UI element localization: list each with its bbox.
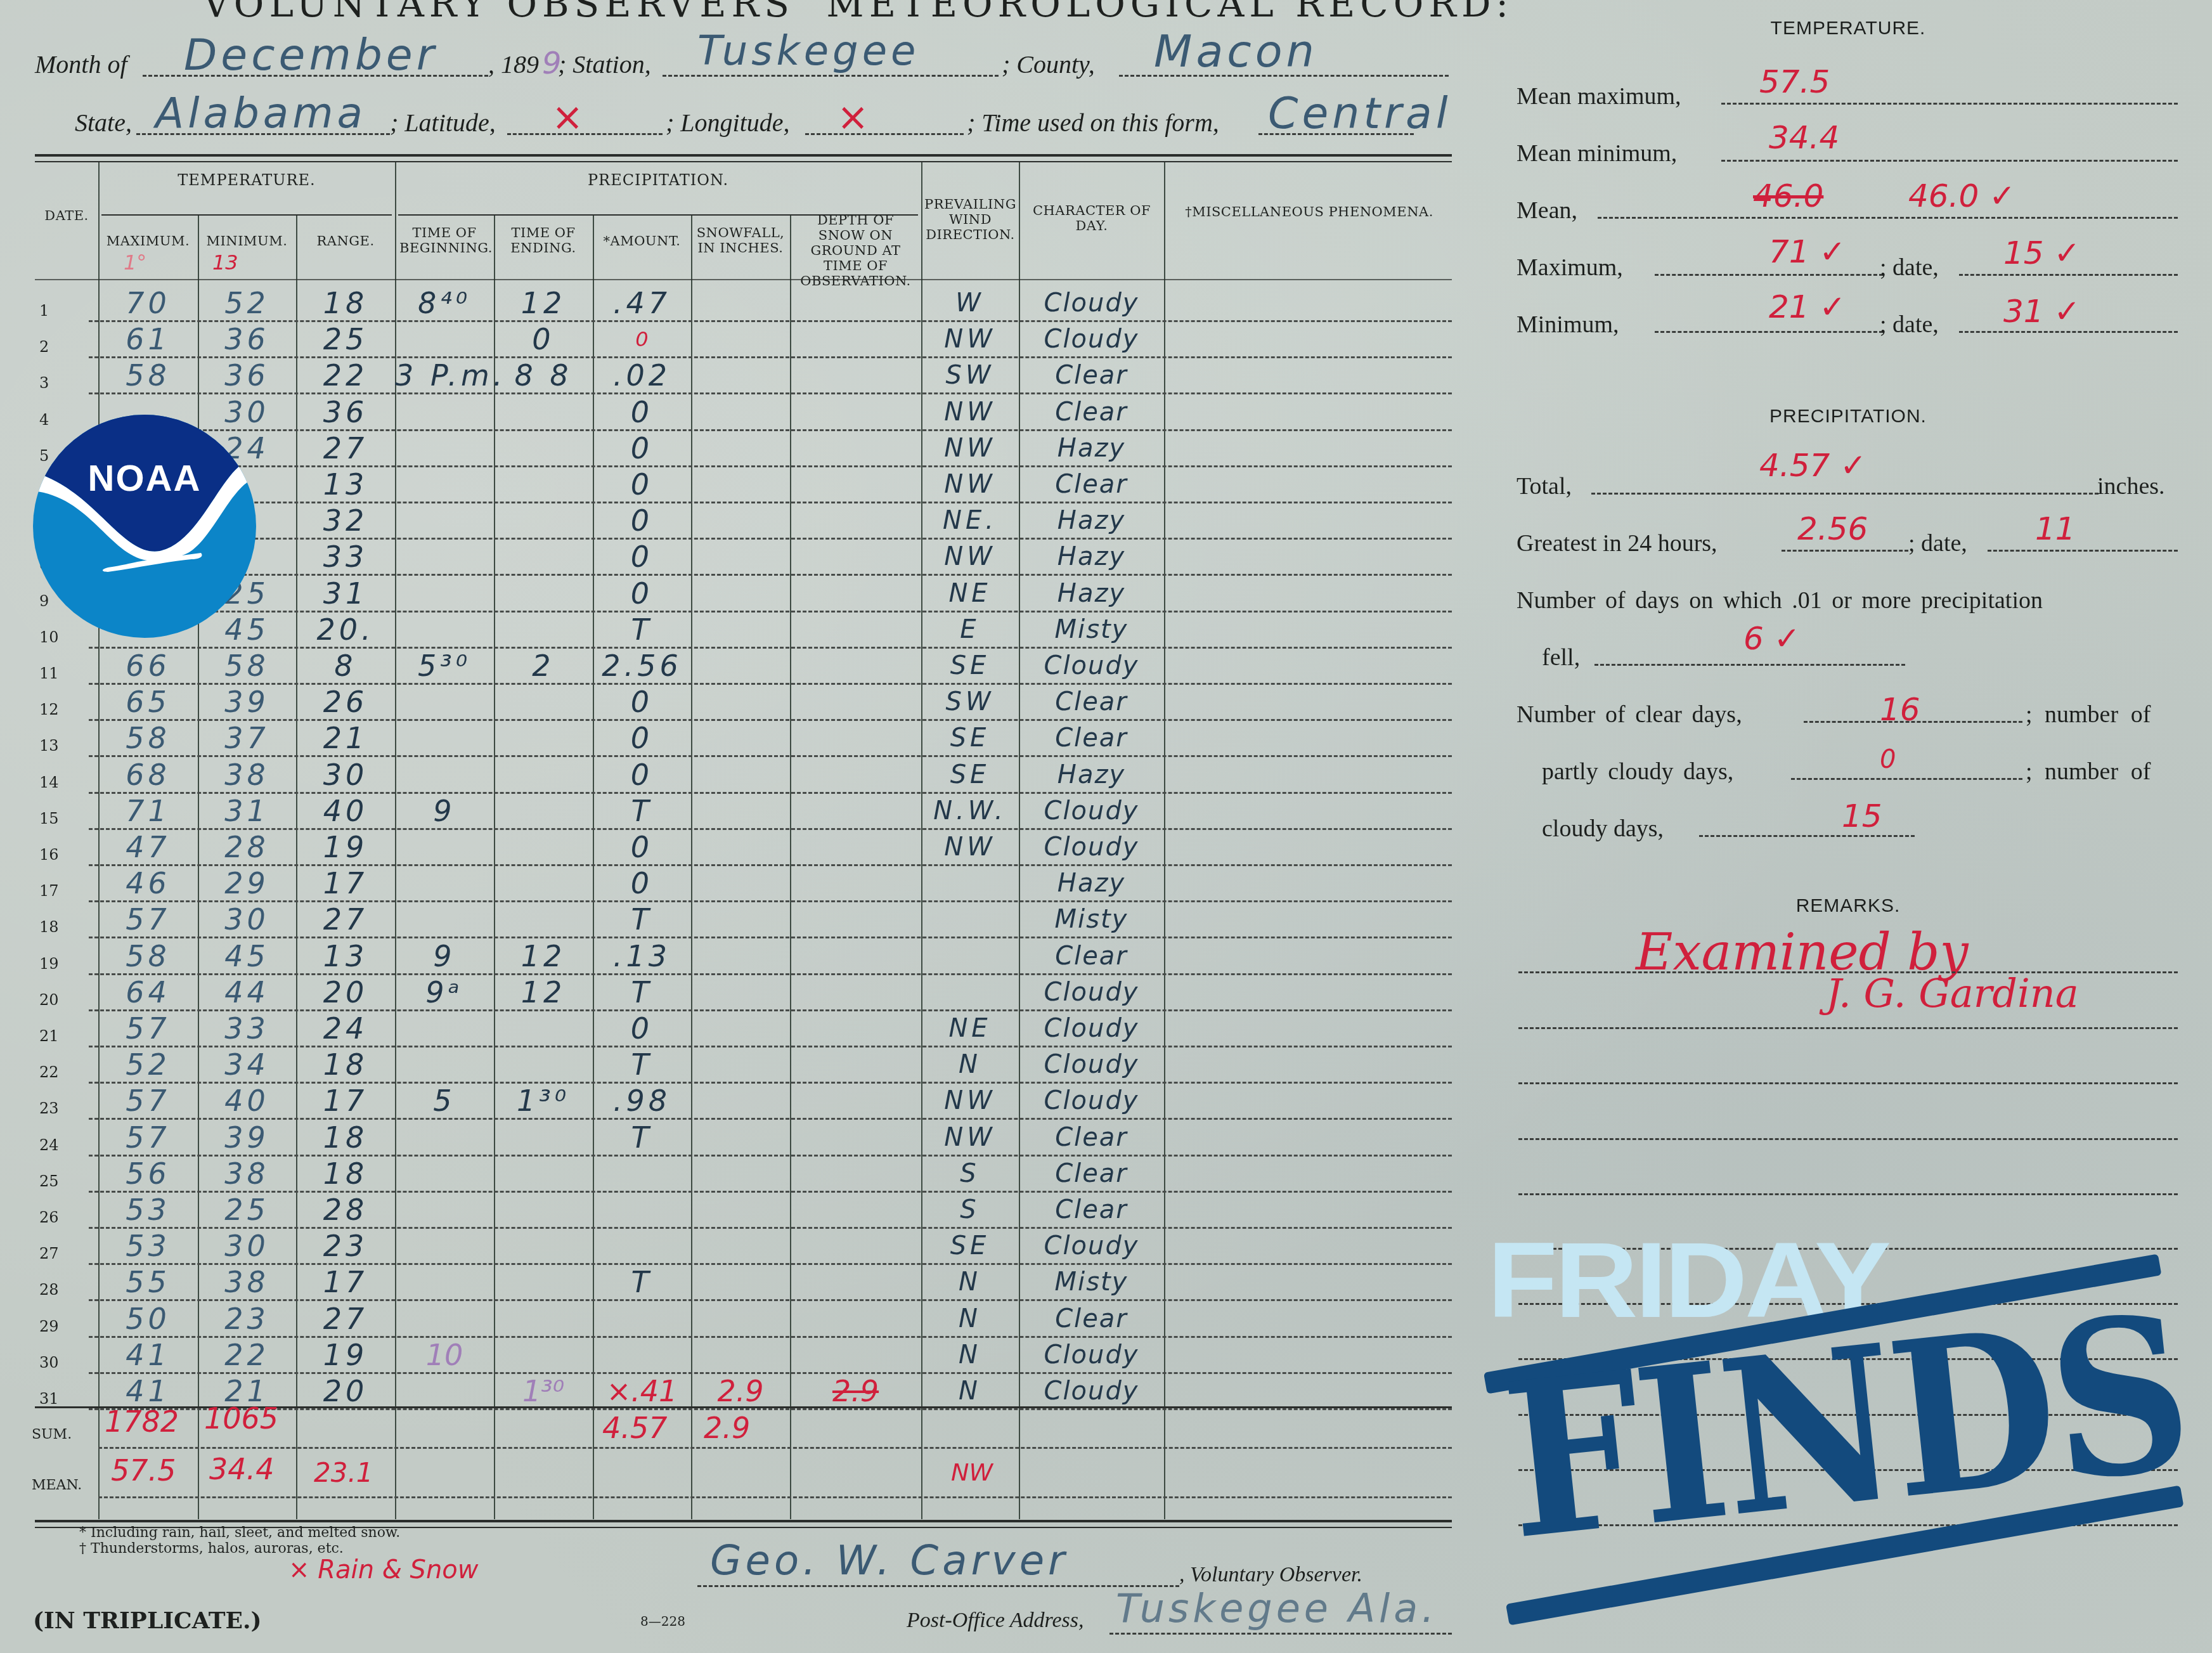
col-maximum: Maximum.: [98, 233, 198, 249]
cell-min: 29: [198, 865, 296, 902]
cell-snowfall: [691, 1120, 790, 1156]
cell-character: Cloudy: [1019, 1228, 1164, 1264]
state-value: Alabama: [155, 89, 366, 138]
month-label: Month of: [35, 49, 127, 79]
precip-days-fell-label: fell,: [1542, 644, 1580, 671]
cell-end: [494, 1011, 593, 1047]
table-row: 157131409TN.W.Cloudy: [0, 793, 1458, 829]
cell-range: 20: [296, 975, 395, 1011]
time-used-label: ; Time used on this form,: [967, 108, 1219, 138]
cell-snowfall: [691, 829, 790, 865]
cell-begin: [395, 1301, 494, 1337]
cell-min: 58: [198, 648, 296, 684]
cell-depth: [790, 757, 921, 793]
col-range: Range.: [296, 233, 395, 249]
cell-wind: N.W.: [921, 793, 1019, 829]
cell-snowfall: [691, 321, 790, 358]
cell-depth: [790, 1192, 921, 1228]
cell-begin: [395, 902, 494, 938]
cell-amount: T: [593, 793, 691, 829]
cell-snowfall: [691, 1011, 790, 1047]
maximum-label: Maximum,: [1517, 254, 1623, 282]
row-date: 26: [39, 1209, 59, 1226]
cell-snowfall: [691, 1047, 790, 1083]
cell-begin: 5³⁰: [395, 648, 494, 684]
mean-min: 34.4: [209, 1452, 274, 1486]
cell-amount: [593, 1228, 691, 1264]
time-used-value: Central: [1268, 89, 1452, 139]
cell-wind: [921, 902, 1019, 938]
cell-depth: [790, 1301, 921, 1337]
cell-begin: [395, 431, 494, 467]
row-date: 21: [39, 1027, 59, 1045]
cell-begin: [395, 684, 494, 720]
cell-amount: ×.41: [593, 1373, 691, 1410]
cell-range: 27: [296, 431, 395, 467]
rain-snow-note: × Rain & Snow: [288, 1555, 479, 1585]
cell-snowfall: [691, 720, 790, 756]
table-row: 2357401751³⁰.98NWCloudy: [0, 1083, 1458, 1119]
minimum-date-value: 31 ✓: [2003, 293, 2080, 330]
cell-range: 20: [296, 1373, 395, 1410]
cell-range: 27: [296, 902, 395, 938]
cell-max: 53: [98, 1192, 198, 1228]
cell-snowfall: [691, 539, 790, 575]
cell-range: 18: [296, 1120, 395, 1156]
row-date: 11: [39, 664, 59, 682]
cell-depth: [790, 1228, 921, 1264]
cell-character: Clear: [1019, 467, 1164, 503]
row-date: 25: [39, 1172, 59, 1190]
cell-range: 8: [296, 648, 395, 684]
cell-character: Clear: [1019, 1156, 1164, 1192]
cell-min: 40: [198, 1083, 296, 1119]
cell-wind: S: [921, 1156, 1019, 1192]
cell-wind: NW: [921, 431, 1019, 467]
cell-depth: [790, 431, 921, 467]
table-row: 29502327NClear: [0, 1301, 1458, 1337]
cell-end: 0: [494, 321, 593, 358]
cell-min: 31: [198, 793, 296, 829]
cell-wind: NW: [921, 321, 1019, 358]
cell-amount: 0: [593, 467, 691, 503]
noaa-logo: NOAA: [33, 415, 256, 638]
cell-character: Hazy: [1019, 539, 1164, 575]
greatest-date-label: ; date,: [1908, 529, 1967, 557]
cell-amount: 0: [593, 321, 691, 358]
cell-snowfall: [691, 285, 790, 321]
cell-snowfall: [691, 938, 790, 975]
cell-max: 57: [98, 1083, 198, 1119]
cell-min: 38: [198, 1156, 296, 1192]
longitude-value: ×: [837, 95, 869, 139]
cell-begin: 9ᵃ: [395, 975, 494, 1011]
cell-depth: [790, 503, 921, 539]
table-row: 11665885³⁰22.56SECloudy: [0, 648, 1458, 684]
cell-depth: [790, 321, 921, 358]
table-row: 17052188⁴⁰12.47WCloudy: [0, 285, 1458, 321]
row-date: 15: [39, 810, 59, 827]
cell-snowfall: [691, 865, 790, 902]
cell-depth: 2.9: [790, 1373, 921, 1410]
cell-depth: [790, 1264, 921, 1300]
county-value: Macon: [1154, 25, 1318, 77]
max-header-note: 1°: [124, 250, 146, 275]
cell-min: 38: [198, 1264, 296, 1300]
clear-days-value: 16: [1880, 691, 1920, 728]
cell-wind: NW: [921, 1083, 1019, 1119]
cell-depth: [790, 1047, 921, 1083]
minimum-label: Minimum,: [1517, 311, 1619, 339]
cell-max: 47: [98, 829, 198, 865]
cell-max: 58: [98, 358, 198, 394]
cell-begin: [395, 1192, 494, 1228]
cell-character: Cloudy: [1019, 285, 1164, 321]
cell-min: 22: [198, 1337, 296, 1373]
mean-range: 23.1: [314, 1457, 373, 1488]
remarks-heading: REMARKS.: [1517, 895, 2180, 917]
cell-begin: [395, 829, 494, 865]
cell-begin: [395, 1373, 494, 1410]
cell-begin: [395, 394, 494, 431]
cell-end: [494, 902, 593, 938]
mean-max: 57.5: [111, 1453, 176, 1488]
cell-snowfall: [691, 467, 790, 503]
footnote-misc: † Thunderstorms, halos, auroras, etc.: [79, 1541, 344, 1557]
cell-character: Cloudy: [1019, 829, 1164, 865]
cell-end: [494, 1047, 593, 1083]
cell-wind: N: [921, 1337, 1019, 1373]
cell-snowfall: [691, 576, 790, 612]
cell-snowfall: 2.9: [691, 1373, 790, 1410]
cell-max: 71: [98, 793, 198, 829]
cell-wind: N: [921, 1373, 1019, 1410]
station-value: Tuskegee: [697, 28, 919, 75]
cell-end: [494, 1264, 593, 1300]
cell-end: [494, 1156, 593, 1192]
cell-wind: NE.: [921, 503, 1019, 539]
cell-amount: [593, 1192, 691, 1228]
mean-wind: NW: [951, 1458, 993, 1486]
cell-snowfall: [691, 503, 790, 539]
cell-character: Cloudy: [1019, 321, 1164, 358]
cell-depth: [790, 539, 921, 575]
row-date: 29: [39, 1318, 59, 1335]
cell-depth: [790, 467, 921, 503]
cell-character: Misty: [1019, 1264, 1164, 1300]
cell-end: 2: [494, 648, 593, 684]
cell-character: Clear: [1019, 394, 1164, 431]
cell-end: 1³⁰: [494, 1083, 593, 1119]
mean-min-label: Mean minimum,: [1517, 139, 1677, 167]
cell-end: 8 8: [494, 358, 593, 394]
cell-depth: [790, 793, 921, 829]
cell-begin: 9: [395, 938, 494, 975]
form-title: VOLUNTARY OBSERVERS' METEOROLOGICAL RECO…: [203, 0, 1513, 25]
minimum-value: 21 ✓: [1769, 288, 1846, 325]
cell-character: Cloudy: [1019, 648, 1164, 684]
footnote-amount: * Including rain, hail, sleet, and melte…: [79, 1525, 400, 1541]
col-time-beginning: Time of Beginning.: [399, 225, 489, 256]
maximum-date-value: 15 ✓: [2003, 235, 2080, 271]
summary-temperature-heading: TEMPERATURE.: [1517, 18, 2180, 39]
cell-character: Cloudy: [1019, 1047, 1164, 1083]
row-date: 18: [39, 918, 59, 936]
cell-snowfall: [691, 902, 790, 938]
cell-amount: 0: [593, 503, 691, 539]
cell-depth: [790, 285, 921, 321]
cell-range: 18: [296, 1156, 395, 1192]
cell-depth: [790, 975, 921, 1011]
remarks-line-2: J. G. Gardina: [1826, 970, 2079, 1016]
cell-wind: NW: [921, 1120, 1019, 1156]
cell-snowfall: [691, 648, 790, 684]
table-row: 261362500NWCloudy: [0, 321, 1458, 358]
cell-depth: [790, 358, 921, 394]
post-office-label: Post-Office Address,: [907, 1609, 1084, 1633]
cell-amount: 0: [593, 757, 691, 793]
mean-min-value: 34.4: [1769, 119, 1839, 156]
row-date: 17: [39, 882, 59, 900]
cell-amount: T: [593, 1264, 691, 1300]
table-row: 164728190NWCloudy: [0, 829, 1458, 865]
cell-depth: [790, 612, 921, 648]
row-date: 13: [39, 737, 59, 755]
cell-end: [494, 612, 593, 648]
cell-begin: 3 P.m.: [395, 358, 494, 394]
mean-struck-value: 46.0: [1753, 178, 1823, 214]
cell-min: 52: [198, 285, 296, 321]
cell-min: 45: [198, 938, 296, 975]
cell-range: 17: [296, 865, 395, 902]
cell-character: Cloudy: [1019, 975, 1164, 1011]
partly-cloudy-label: partly cloudy days,: [1542, 758, 1733, 786]
cell-max: 52: [98, 1047, 198, 1083]
cell-range: 25: [296, 321, 395, 358]
greatest-label: Greatest in 24 hours,: [1517, 529, 1717, 557]
cell-max: 58: [98, 720, 198, 756]
table-row: 135837210SEClear: [0, 720, 1458, 756]
row-date: 16: [39, 846, 59, 864]
cell-amount: T: [593, 1047, 691, 1083]
sum-label: Sum.: [32, 1427, 72, 1442]
table-row: 24573918TNWClear: [0, 1120, 1458, 1156]
county-label: ; County,: [1002, 49, 1095, 79]
cell-wind: SE: [921, 720, 1019, 756]
cell-wind: W: [921, 285, 1019, 321]
cell-depth: [790, 576, 921, 612]
cell-end: [494, 1301, 593, 1337]
cell-end: [494, 1337, 593, 1373]
cell-character: Misty: [1019, 902, 1164, 938]
cell-character: Clear: [1019, 684, 1164, 720]
cell-wind: SW: [921, 358, 1019, 394]
cell-depth: [790, 394, 921, 431]
cell-snowfall: [691, 1228, 790, 1264]
cell-wind: S: [921, 1192, 1019, 1228]
cell-range: 27: [296, 1301, 395, 1337]
greatest-value: 2.56: [1797, 510, 1868, 547]
finds-title: FINDS: [1496, 1286, 2196, 1569]
table-row: 174629170Hazy: [0, 865, 1458, 902]
table-row: 3041221910NCloudy: [0, 1337, 1458, 1373]
cell-character: Hazy: [1019, 865, 1164, 902]
cell-character: Hazy: [1019, 431, 1164, 467]
cell-end: 1³⁰: [494, 1373, 593, 1410]
partly-cloudy-value: 0: [1880, 745, 1896, 774]
cell-end: [494, 431, 593, 467]
cell-range: 20.: [296, 612, 395, 648]
cell-depth: [790, 1011, 921, 1047]
cell-begin: [395, 1264, 494, 1300]
cell-character: Cloudy: [1019, 793, 1164, 829]
number-of-label-2: ; number of: [2026, 758, 2151, 786]
cell-max: 70: [98, 285, 198, 321]
cell-begin: [395, 1120, 494, 1156]
cell-wind: E: [921, 612, 1019, 648]
noaa-bird-icon: NOAA: [33, 415, 256, 638]
table-row: 126539260SWClear: [0, 684, 1458, 720]
cell-min: 44: [198, 975, 296, 1011]
cell-end: [494, 1192, 593, 1228]
cell-wind: N: [921, 1047, 1019, 1083]
col-minimum: Minimum.: [198, 233, 296, 249]
cell-depth: [790, 1083, 921, 1119]
cell-amount: .47: [593, 285, 691, 321]
cell-min: 33: [198, 1011, 296, 1047]
cell-wind: NW: [921, 467, 1019, 503]
cell-min: 25: [198, 1192, 296, 1228]
post-office-value: Tuskegee Ala.: [1116, 1585, 1438, 1631]
cell-max: 64: [98, 975, 198, 1011]
total-value: 4.57 ✓: [1759, 447, 1866, 484]
cell-amount: 0: [593, 1011, 691, 1047]
cell-range: 17: [296, 1264, 395, 1300]
observer-signature: Geo. W. Carver: [710, 1538, 1068, 1585]
cell-begin: [395, 612, 494, 648]
cell-amount: T: [593, 902, 691, 938]
cell-character: Hazy: [1019, 503, 1164, 539]
cell-end: [494, 1120, 593, 1156]
row-date: 31: [39, 1390, 59, 1408]
cell-amount: T: [593, 1120, 691, 1156]
table-row: 18573027TMisty: [0, 902, 1458, 938]
cell-depth: [790, 1156, 921, 1192]
cell-snowfall: [691, 612, 790, 648]
cell-range: 33: [296, 539, 395, 575]
cell-end: [494, 720, 593, 756]
row-date: 20: [39, 991, 59, 1009]
sum-snowfall: 2.9: [704, 1411, 750, 1445]
mean-max-value: 57.5: [1759, 63, 1830, 100]
observer-label: , Voluntary Observer.: [1179, 1563, 1362, 1587]
row-date: 2: [39, 338, 49, 356]
cell-begin: [395, 1156, 494, 1192]
cell-snowfall: [691, 1264, 790, 1300]
cell-begin: 9: [395, 793, 494, 829]
cell-snowfall: [691, 1083, 790, 1119]
cell-amount: 0: [593, 684, 691, 720]
cell-snowfall: [691, 1301, 790, 1337]
cell-wind: [921, 938, 1019, 975]
cell-character: Cloudy: [1019, 1373, 1164, 1410]
cell-snowfall: [691, 1337, 790, 1373]
longitude-label: ; Longitude,: [666, 108, 790, 138]
col-time-ending: Time of Ending.: [498, 225, 588, 256]
cell-character: Cloudy: [1019, 1337, 1164, 1373]
cell-depth: [790, 1120, 921, 1156]
cell-character: Hazy: [1019, 576, 1164, 612]
minimum-date-label: ; date,: [1880, 311, 1939, 339]
cell-max: 56: [98, 1156, 198, 1192]
cell-range: 26: [296, 684, 395, 720]
cell-snowfall: [691, 358, 790, 394]
cell-depth: [790, 1337, 921, 1373]
cell-amount: 0: [593, 829, 691, 865]
mean-value: 46.0 ✓: [1908, 178, 2015, 214]
cell-depth: [790, 648, 921, 684]
sum-min: 1065: [204, 1401, 278, 1436]
cell-end: [494, 467, 593, 503]
maximum-value: 71 ✓: [1769, 233, 1846, 270]
cell-max: 68: [98, 757, 198, 793]
cell-begin: [395, 757, 494, 793]
cell-max: 57: [98, 1120, 198, 1156]
cell-depth: [790, 829, 921, 865]
cell-end: [494, 793, 593, 829]
cell-max: 46: [98, 865, 198, 902]
cell-wind: SE: [921, 648, 1019, 684]
table-row: 26532528SClear: [0, 1192, 1458, 1228]
cell-begin: 10: [395, 1337, 494, 1373]
cell-max: 53: [98, 1228, 198, 1264]
cell-max: 61: [98, 321, 198, 358]
cell-end: [494, 576, 593, 612]
year-label: , 189: [488, 49, 539, 79]
cloudy-days-label: cloudy days,: [1542, 815, 1664, 843]
cell-amount: [593, 1156, 691, 1192]
cell-character: Cloudy: [1019, 1011, 1164, 1047]
sum-amount: 4.57: [602, 1411, 667, 1445]
cell-begin: [395, 1047, 494, 1083]
svg-text:NOAA: NOAA: [88, 458, 202, 499]
cell-range: 30: [296, 757, 395, 793]
cell-range: 23: [296, 1228, 395, 1264]
cell-min: 39: [198, 684, 296, 720]
cell-snowfall: [691, 1156, 790, 1192]
cell-min: 34: [198, 1047, 296, 1083]
latitude-label: ; Latitude,: [390, 108, 496, 138]
cell-range: 24: [296, 1011, 395, 1047]
cell-begin: [395, 1011, 494, 1047]
cell-wind: NE: [921, 576, 1019, 612]
precipitation-group-header: Precipitation.: [395, 171, 921, 189]
maximum-date-label: ; date,: [1880, 254, 1939, 282]
row-date: 22: [39, 1063, 59, 1081]
cell-max: 50: [98, 1301, 198, 1337]
table-row: 22523418TNCloudy: [0, 1047, 1458, 1083]
cell-max: 65: [98, 684, 198, 720]
cell-amount: .02: [593, 358, 691, 394]
cell-range: 19: [296, 829, 395, 865]
cell-range: 32: [296, 503, 395, 539]
cell-depth: [790, 938, 921, 975]
col-misc: †Miscellaneous Phenomena.: [1173, 204, 1446, 219]
cell-amount: 0: [593, 431, 691, 467]
cell-range: 18: [296, 1047, 395, 1083]
cell-range: 28: [296, 1192, 395, 1228]
cell-wind: NW: [921, 829, 1019, 865]
